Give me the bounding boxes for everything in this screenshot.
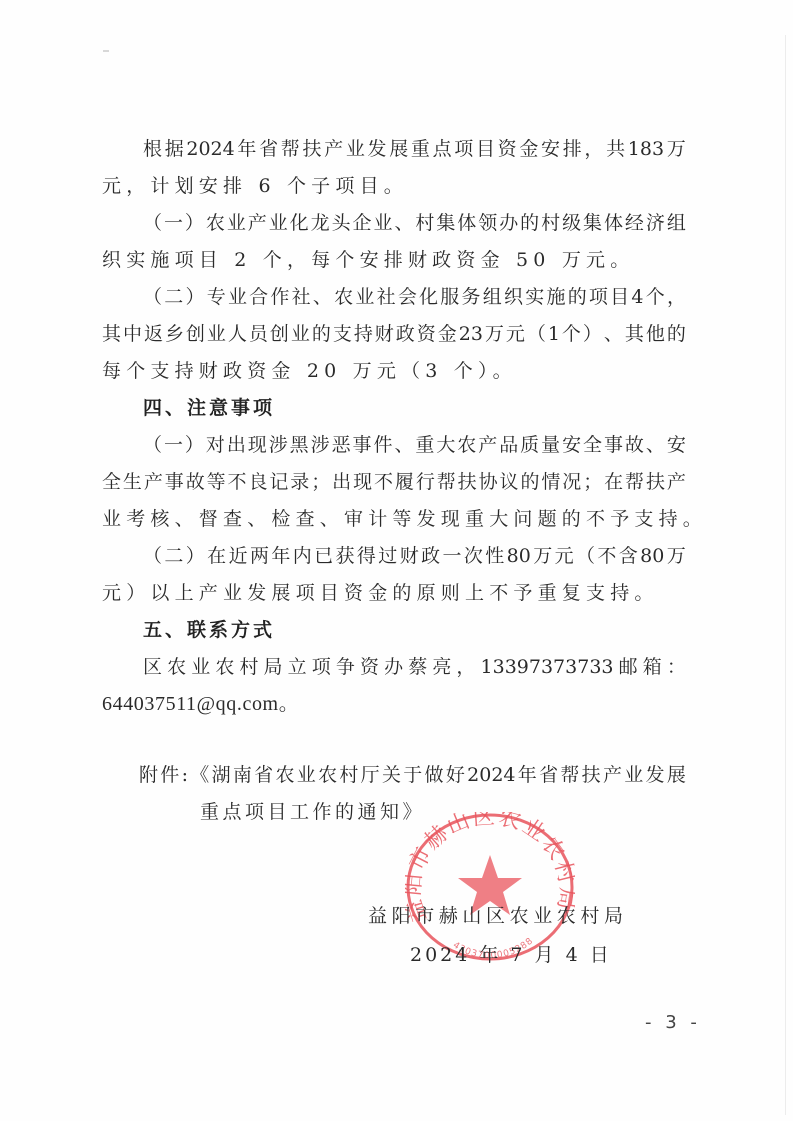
issue-date: 2024 年 7 月 4 日 [410,942,612,968]
text-line: 根据2024年省帮扶产业发展重点项目资金安排，共183万 [143,136,686,162]
scan-edge-line [785,35,786,1115]
text-line: 业考核、督查、检查、审计等发现重大问题的不予支持。 [102,506,707,532]
text-line: （一）对出现涉黑涉恶事件、重大农产品质量安全事故、安 [143,432,686,458]
issuer-organization: 益阳市赫山区农业农村局 [368,903,628,929]
text-line: （一）农业产业化龙头企业、村集体领办的村级集体经济组 [143,210,686,236]
section-heading-contact: 五、联系方式 [143,617,275,643]
document-page: 根据2024年省帮扶产业发展重点项目资金安排，共183万 元，计划安排 6 个子… [0,0,793,1121]
section-heading-notes: 四、注意事项 [143,395,275,421]
text-line: （二）在近两年内已获得过财政一次性80万元（不含80万 [143,543,686,569]
attachment-line-2: 重点项目工作的通知》 [200,799,425,825]
attachment-line-1: 附件:《湖南省农业农村厅关于做好2024年省帮扶产业发展 [139,762,686,788]
page-number: - 3 - [645,1010,701,1036]
official-seal-stamp: 益阳市赫山区农业农村局 4303700005288 [405,812,575,962]
text-line: 全生产事故等不良记录；出现不履行帮扶协议的情况；在帮扶产 [102,469,686,495]
text-line: 元，计划安排 6 个子项目。 [102,173,408,199]
text-line: 织实施项目 2 个，每个安排财政资金 50 万元。 [102,247,634,273]
text-line: 元）以上产业发展项目资金的原则上不予重复支持。 [102,580,659,606]
contact-line: 区农业农村局立项争资办蔡亮，13397373733邮箱： [143,654,686,680]
text-line: 其中返乡创业人员创业的支持财政资金23万元（1个）、其他的 [102,321,686,347]
scan-speck [103,50,109,52]
text-line: 每个支持财政资金 20 万元（3 个）。 [102,358,517,384]
email-line: 644037511@qq.com。 [102,691,299,717]
text-line: （二）专业合作社、农业社会化服务组织实施的项目4个， [143,284,686,310]
